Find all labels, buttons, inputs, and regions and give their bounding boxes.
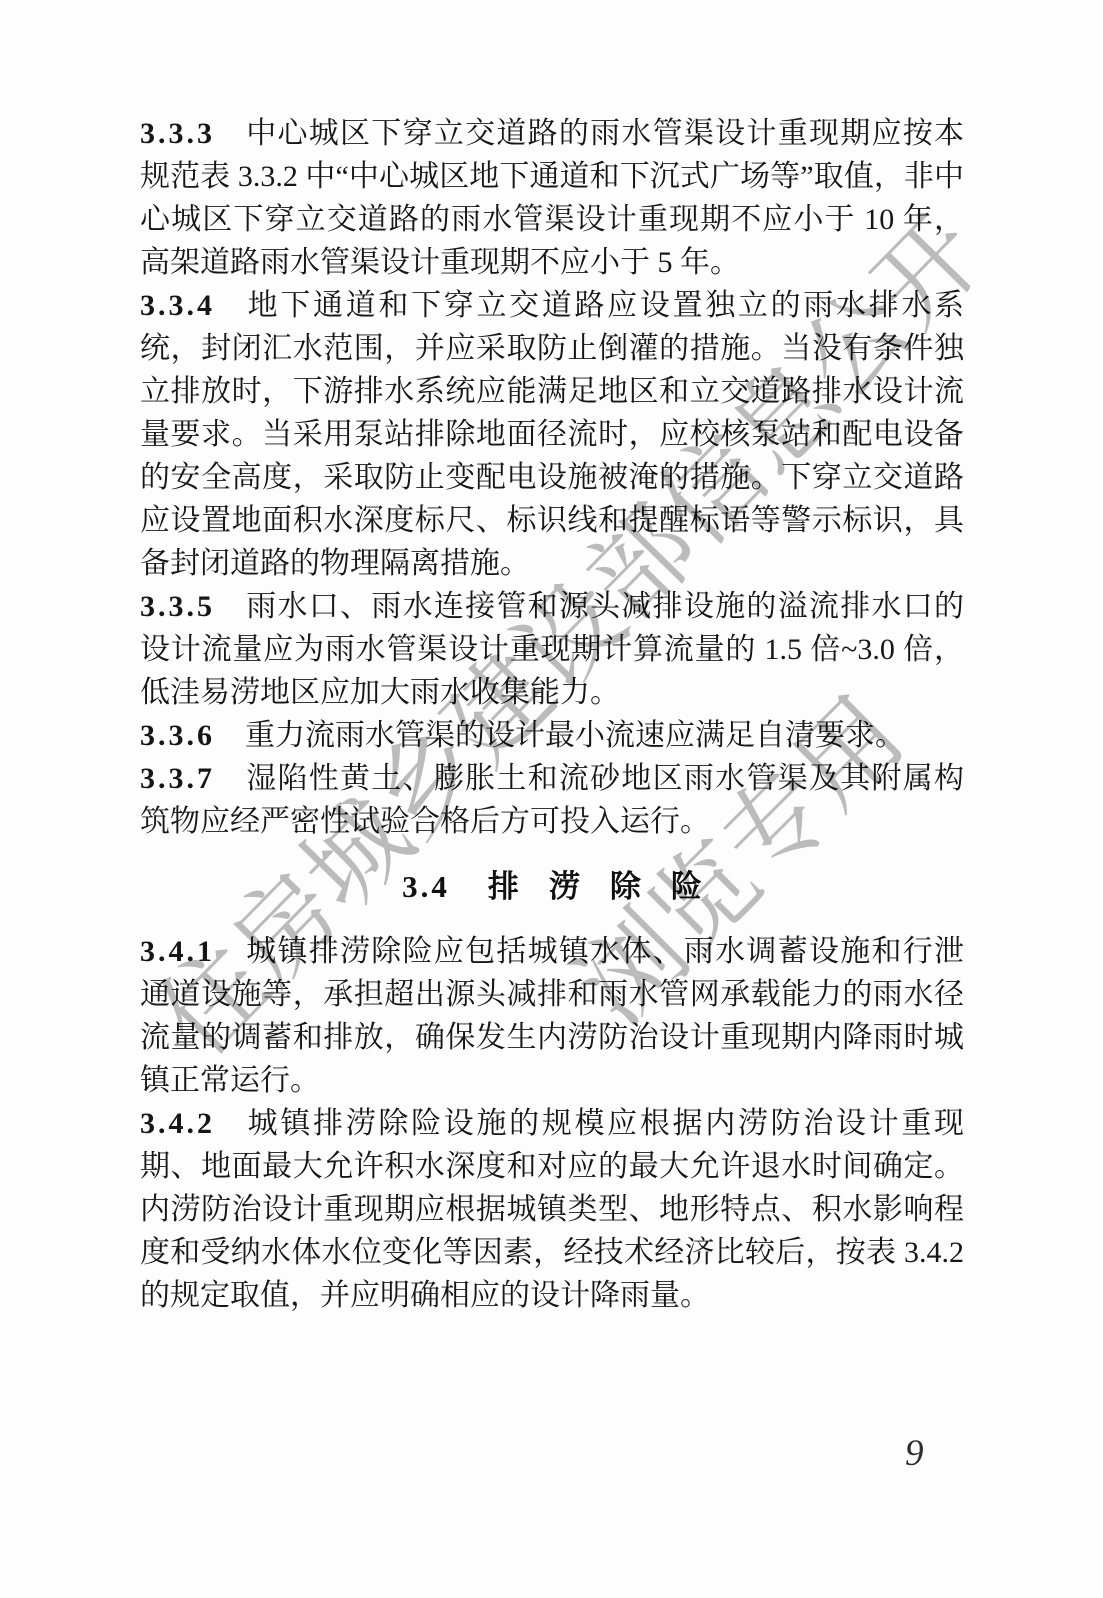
clause-text: 中心城区下穿立交道路的雨水管渠设计重现期应按本规范表 3.3.2 中“中心城区地… (140, 117, 964, 279)
section-heading-number: 3.4 (402, 869, 450, 904)
clause-text: 雨水口、雨水连接管和源头减排设施的溢流排水口的设计流量应为雨水管渠设计重现期计算… (140, 590, 964, 709)
clause-3.3.5: 3.3.5雨水口、雨水连接管和源头减排设施的溢流排水口的设计流量应为雨水管渠设计… (140, 585, 964, 714)
section-heading: 3.4排涝除险 (140, 865, 964, 908)
clause-number: 3.4.1 (140, 935, 215, 968)
clause-text: 地下通道和下穿立交道路应设置独立的雨水排水系统，封闭汇水范围，并应采取防止倒灌的… (140, 289, 964, 580)
clause-number: 3.3.4 (140, 289, 215, 322)
document-page: 住房城乡建设部信息公开 浏览专用 3.3.3中心城区下穿立交道路的雨水管渠设计重… (0, 0, 1103, 1598)
page-number: 9 (905, 1432, 924, 1475)
clause-number: 3.3.7 (140, 762, 215, 795)
clause-number: 3.3.6 (140, 719, 215, 752)
clause-3.3.6: 3.3.6重力流雨水管渠的设计最小流速应满足自清要求。 (140, 714, 964, 757)
clause-3.3.4: 3.3.4地下通道和下穿立交道路应设置独立的雨水排水系统，封闭汇水范围，并应采取… (140, 284, 964, 585)
clause-text: 城镇排涝除险设施的规模应根据内涝防治设计重现期、地面最大允许积水深度和对应的最大… (140, 1107, 964, 1312)
clause-number: 3.4.2 (140, 1107, 215, 1140)
section-heading-title: 排涝除险 (488, 869, 732, 904)
clause-3.3.7: 3.3.7湿陷性黄土、膨胀土和流砂地区雨水管渠及其附属构筑物应经严密性试验合格后… (140, 757, 964, 843)
clause-text: 湿陷性黄土、膨胀土和流砂地区雨水管渠及其附属构筑物应经严密性试验合格后方可投入运… (140, 762, 964, 838)
clause-number: 3.3.3 (140, 117, 215, 150)
clause-3.3.3: 3.3.3中心城区下穿立交道路的雨水管渠设计重现期应按本规范表 3.3.2 中“… (140, 112, 964, 284)
document-content: 3.3.3中心城区下穿立交道路的雨水管渠设计重现期应按本规范表 3.3.2 中“… (140, 112, 964, 1317)
clause-text: 城镇排涝除险应包括城镇水体、雨水调蓄设施和行泄通道设施等，承担超出源头减排和雨水… (140, 935, 964, 1097)
clause-text: 重力流雨水管渠的设计最小流速应满足自清要求。 (245, 719, 905, 752)
clause-3.4.2: 3.4.2城镇排涝除险设施的规模应根据内涝防治设计重现期、地面最大允许积水深度和… (140, 1102, 964, 1317)
clause-number: 3.3.5 (140, 590, 215, 623)
clause-3.4.1: 3.4.1城镇排涝除险应包括城镇水体、雨水调蓄设施和行泄通道设施等，承担超出源头… (140, 930, 964, 1102)
